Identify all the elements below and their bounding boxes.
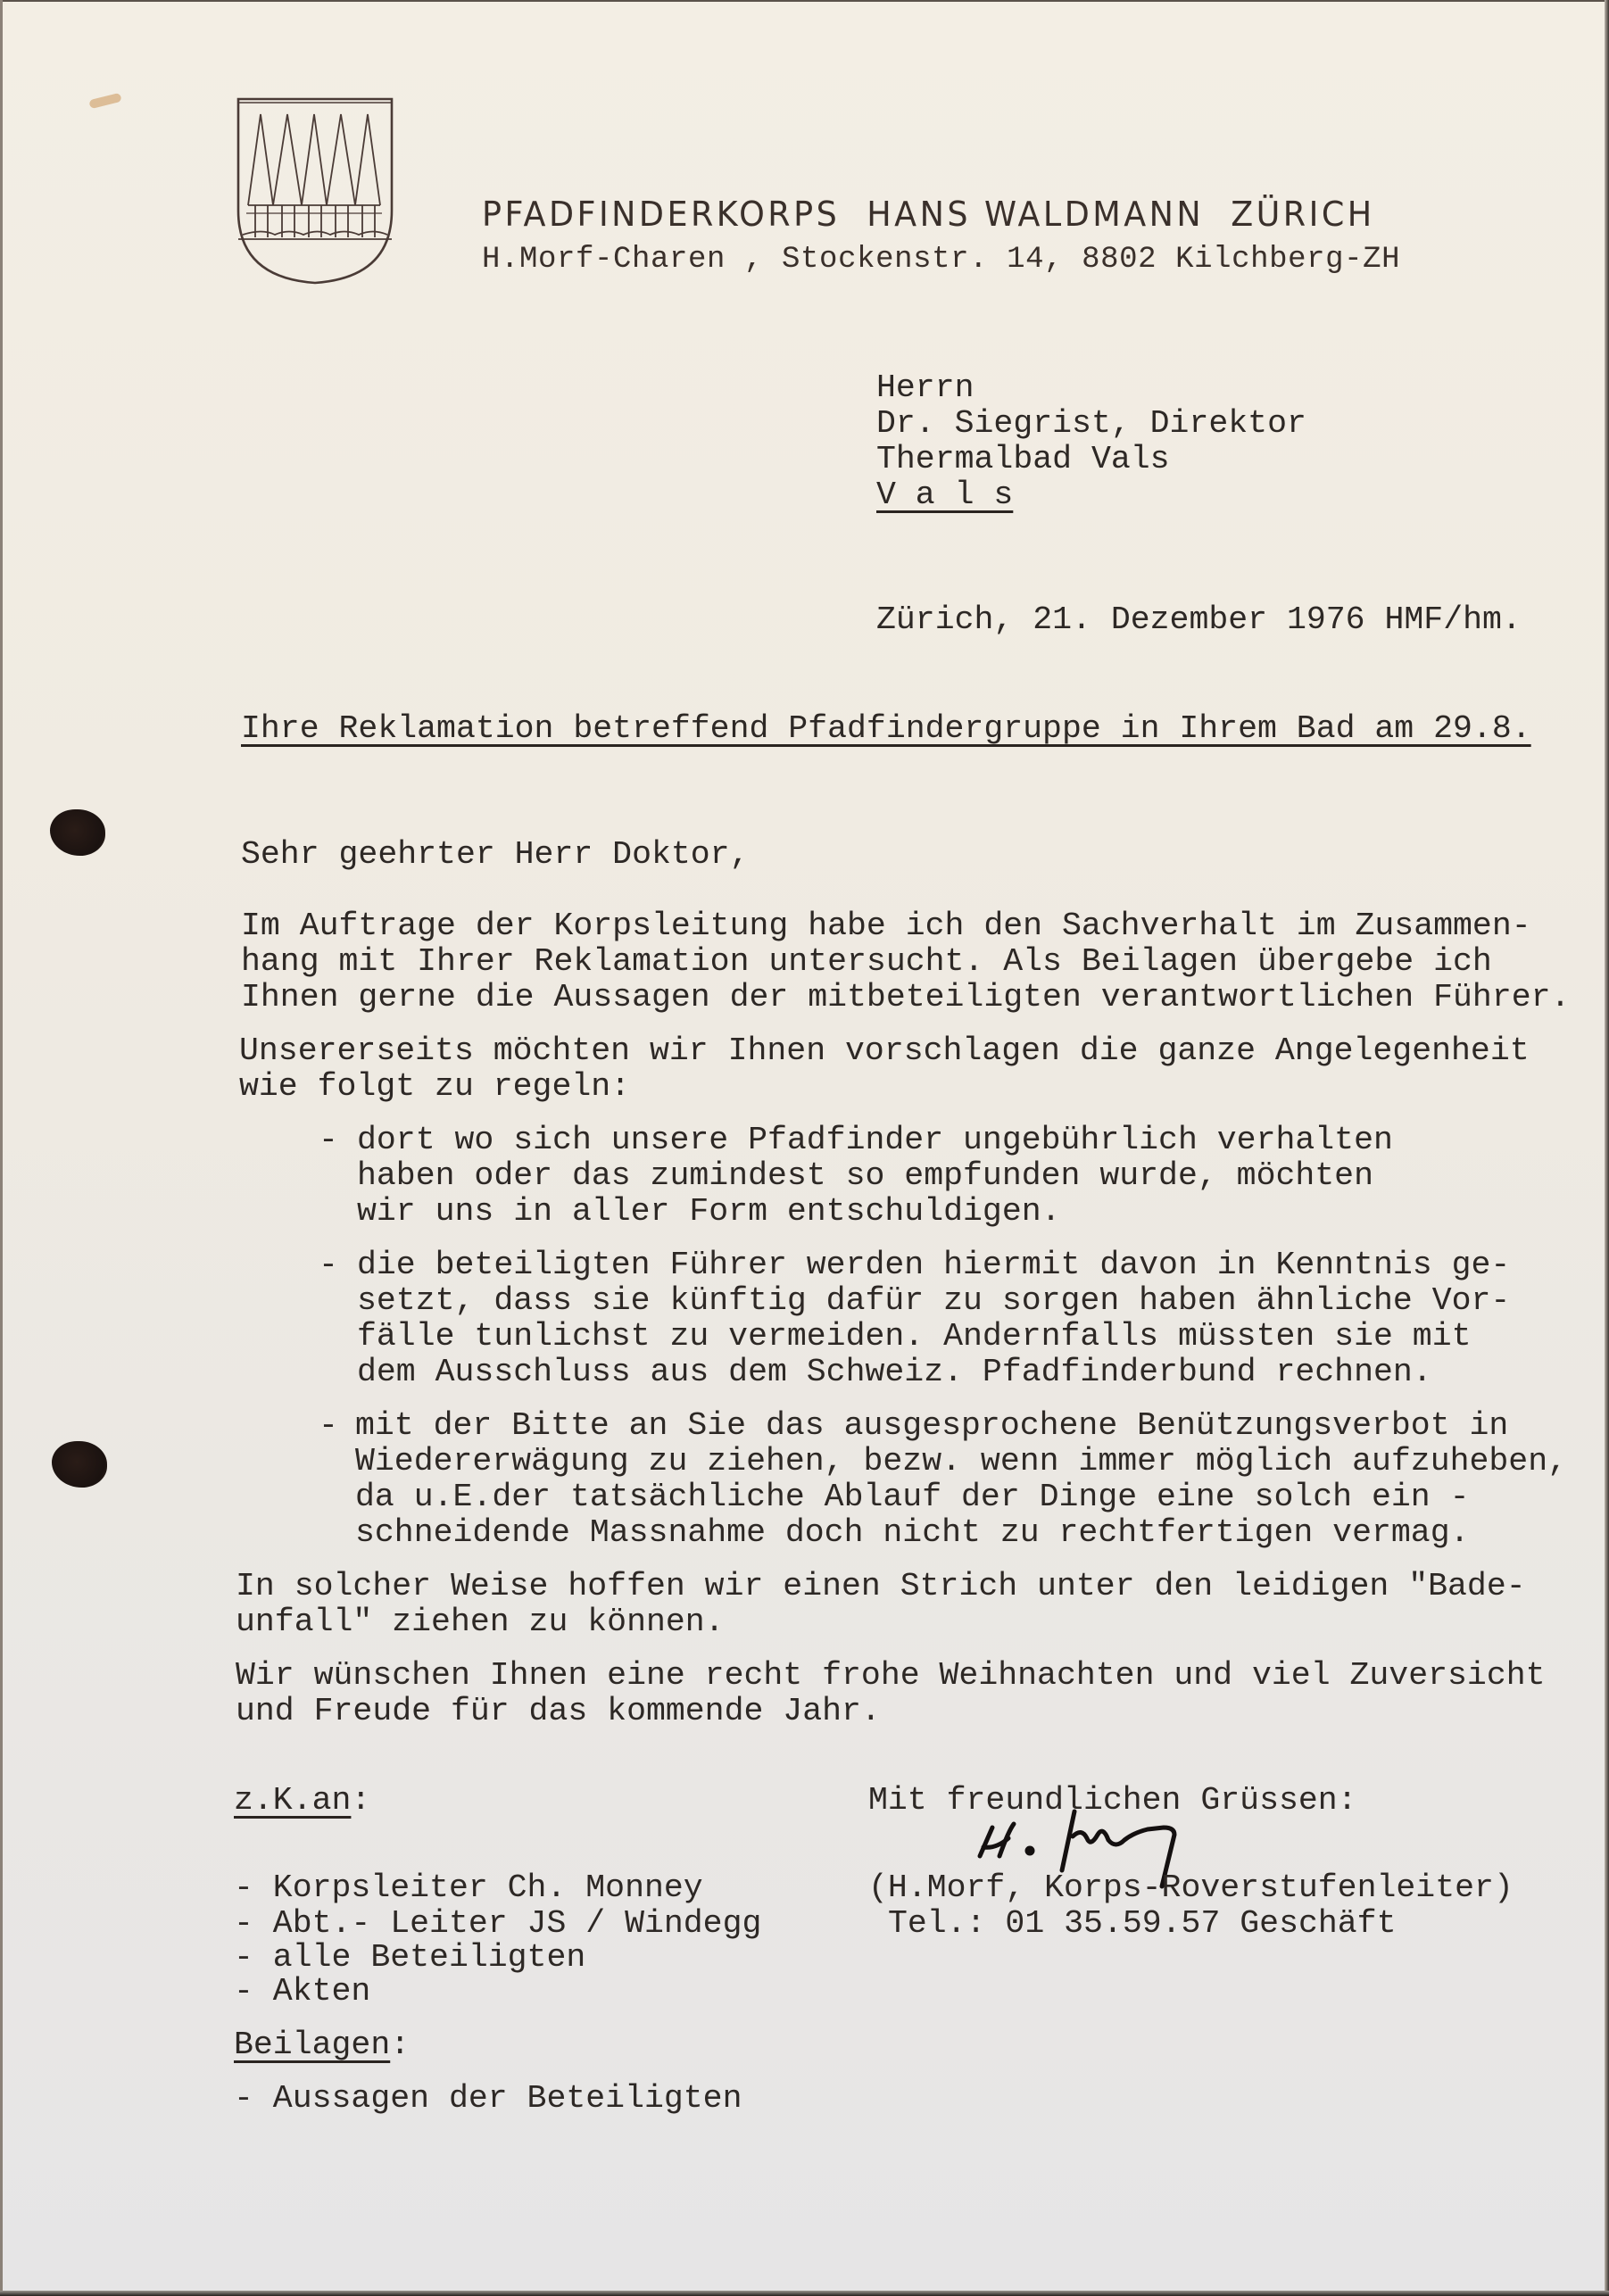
copies-item: - alle Beteiligten: [234, 1940, 585, 1976]
copies-item: - Korpsleiter Ch. Monney: [234, 1870, 703, 1906]
bullet-line: setzt, dass sie künftig dafür zu sorgen …: [357, 1283, 1510, 1319]
punch-hole-upper: [50, 809, 105, 856]
body-line: Wir wünschen Ihnen eine recht frohe Weih…: [236, 1658, 1546, 1694]
date-line: Zürich, 21. Dezember 1976 HMF/hm.: [876, 602, 1522, 638]
body-line: und Freude für das kommende Jahr.: [236, 1694, 881, 1729]
body-line: In solcher Weise hoffen wir einen Strich…: [236, 1569, 1526, 1604]
recipient-city: V a l s: [876, 477, 1013, 513]
bullet-dash: -: [319, 1408, 338, 1444]
enclosures-item: - Aussagen der Beteiligten: [234, 2081, 742, 2117]
enclosures-heading-colon: :: [390, 2027, 410, 2063]
bullet-line: mit der Bitte an Sie das ausgesprochene …: [355, 1408, 1508, 1444]
copies-heading-text: z.K.an: [234, 1782, 351, 1819]
organization-address: H.Morf-Charen , Stockenstr. 14, 8802 Kil…: [482, 243, 1400, 277]
paper-edge-top: [0, 0, 1609, 2]
recipient-line: Dr. Siegrist, Direktor: [876, 406, 1306, 442]
subject-line: Ihre Reklamation betreffend Pfadfindergr…: [241, 711, 1531, 747]
bullet-line: wir uns in aller Form entschuldigen.: [357, 1194, 1061, 1230]
paper-stain: [88, 93, 121, 109]
punch-hole-lower: [52, 1441, 107, 1488]
bullet-dash: -: [319, 1123, 338, 1158]
enclosures-heading-text: Beilagen: [234, 2027, 390, 2063]
bullet-line: schneidende Massnahme doch nicht zu rech…: [355, 1515, 1470, 1551]
body-line: hang mit Ihrer Reklamation untersucht. A…: [241, 944, 1492, 980]
organization-name: PFADFINDERKORPS HANS WALDMANN ZÜRICH: [482, 195, 1375, 234]
enclosures-heading: Beilagen:: [234, 2027, 410, 2063]
signatory-name-title: (H.Morf, Korps-Roverstufenleiter): [868, 1870, 1514, 1906]
bullet-line: die beteiligten Führer werden hiermit da…: [357, 1247, 1510, 1283]
body-line: Unsererseits möchten wir Ihnen vorschlag…: [239, 1033, 1530, 1069]
body-line: Ihnen gerne die Aussagen der mitbeteilig…: [241, 980, 1570, 1015]
body-line: Im Auftrage der Korpsleitung habe ich de…: [241, 908, 1531, 944]
bullet-line: Wiedererwägung zu ziehen, bezw. wenn imm…: [355, 1444, 1567, 1480]
salutation: Sehr geehrter Herr Doktor,: [241, 837, 750, 873]
bullet-line: da u.E.der tatsächliche Ablauf der Dinge…: [355, 1480, 1470, 1515]
paper-edge-left: [0, 0, 3, 2296]
bullet-line: haben oder das zumindest so empfunden wu…: [357, 1158, 1373, 1194]
recipient-line: Herrn: [876, 370, 975, 406]
bullet-line: dem Ausschluss aus dem Schweiz. Pfadfind…: [357, 1355, 1432, 1390]
copies-heading-colon: :: [351, 1782, 370, 1819]
coat-of-arms-five-fir-trees-icon: [236, 95, 394, 286]
recipient-line: Thermalbad Vals: [876, 442, 1170, 477]
copies-item: - Abt.- Leiter JS / Windegg: [234, 1906, 761, 1942]
bullet-line: fälle tunlichst zu vermeiden. Andernfall…: [357, 1319, 1472, 1355]
paper-edge-right: [1605, 0, 1609, 2296]
bullet-dash: -: [319, 1247, 338, 1283]
copies-heading: z.K.an:: [234, 1783, 370, 1819]
paper-edge-bottom: [0, 2291, 1609, 2296]
signatory-phone: Tel.: 01 35.59.57 Geschäft: [888, 1906, 1397, 1942]
body-line: unfall" ziehen zu können.: [236, 1604, 725, 1640]
copies-item: - Akten: [234, 1974, 370, 2010]
body-line: wie folgt zu regeln:: [239, 1069, 630, 1105]
bullet-line: dort wo sich unsere Pfadfinder ungebührl…: [357, 1123, 1393, 1158]
